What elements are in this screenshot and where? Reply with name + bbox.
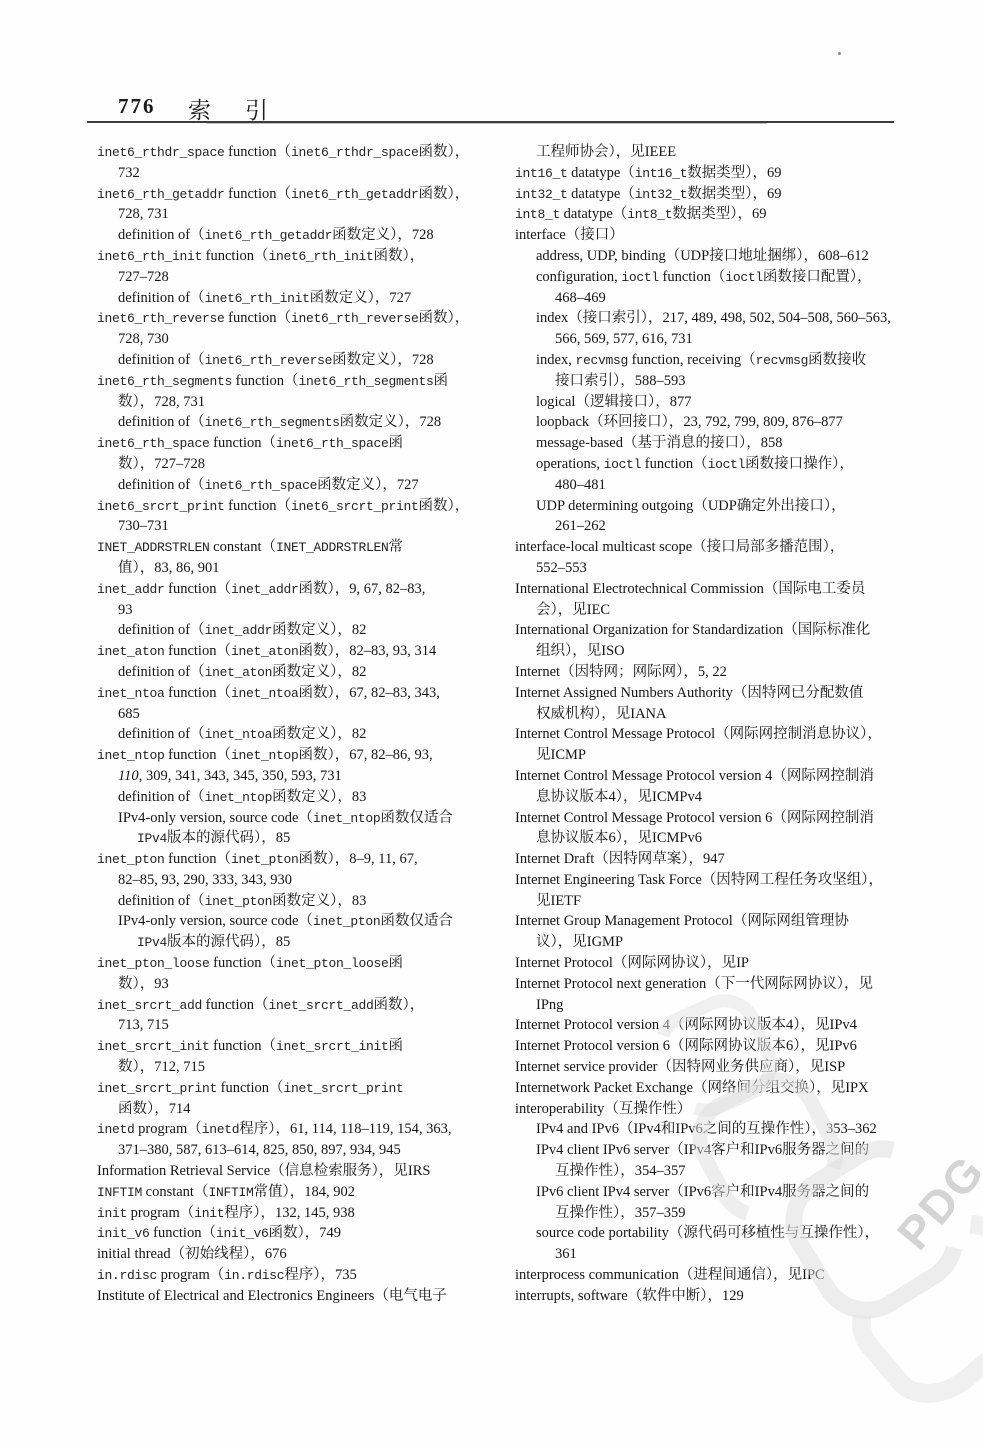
index-line: 728, 730 xyxy=(97,329,502,350)
code-identifier: init xyxy=(194,1206,224,1221)
entry-text: 息协议版本4），见ICMPv4 xyxy=(536,789,702,805)
entry-text: operations, xyxy=(536,456,604,472)
code-identifier: init xyxy=(97,1206,127,1221)
entry-text: Internet Protocol（网际网协议），见IP xyxy=(515,955,749,971)
code-identifier: inet_ntop xyxy=(231,748,299,763)
index-line: inet_aton function（inet_aton函数），82–83, 9… xyxy=(97,641,502,662)
entry-text: source code portability（源代码可移植性与互操作性）， xyxy=(536,1225,879,1241)
entry-text: IPng xyxy=(536,997,563,1013)
entry-text: 接口索引），588–593 xyxy=(555,373,686,389)
entry-text: 函 xyxy=(434,373,449,389)
entry-text: definition of（ xyxy=(118,893,205,909)
entry-text: datatype（ xyxy=(560,206,627,222)
entry-text: International Electrotechnical Commissio… xyxy=(515,581,865,597)
index-line: logical（逻辑接口），877 xyxy=(515,392,935,413)
entry-text: 361 xyxy=(555,1246,577,1262)
entry-text: 版本的源代码），85 xyxy=(167,934,290,950)
entry-text: interface-local multicast scope（接口局部多播范围… xyxy=(515,539,844,555)
entry-text: function（ xyxy=(225,186,291,202)
index-line: Internet Control Message Protocol versio… xyxy=(515,766,935,787)
entry-text: 函数），67, 82–86, 93, xyxy=(298,747,432,763)
entry-text: function（ xyxy=(210,435,276,451)
entry-text: 会），见IEC xyxy=(536,602,610,618)
entry-text: Internet Protocol version 4（网际网协议版本4），见I… xyxy=(515,1017,857,1033)
code-identifier: inet6_srcrt_print xyxy=(291,499,419,514)
entry-text: interoperability（互操作性） xyxy=(515,1101,691,1117)
index-line: interoperability（互操作性） xyxy=(515,1099,935,1120)
index-line: IPv4-only version, source code（inet_pton… xyxy=(97,911,502,932)
index-left-column: inet6_rthdr_space function（inet6_rthdr_s… xyxy=(97,142,502,1307)
index-line: 互操作性），357–359 xyxy=(515,1203,935,1224)
code-identifier: inet6_rth_segments xyxy=(298,374,433,389)
code-identifier: inet_pton xyxy=(97,852,165,867)
index-line: definition of（inet6_rth_getaddr函数定义），728 xyxy=(97,225,502,246)
code-identifier: init_v6 xyxy=(97,1226,150,1241)
scan-speck xyxy=(838,52,841,55)
index-right-column: 工程师协会），见IEEEint16_t datatype（int16_t数据类型… xyxy=(515,142,935,1307)
entry-text: Information Retrieval Service（信息检索服务），见I… xyxy=(97,1163,430,1179)
index-line: 566, 569, 577, 616, 731 xyxy=(515,329,935,350)
index-line: 727–728 xyxy=(97,267,502,288)
entry-text: 函数接口操作）， xyxy=(745,456,854,472)
code-identifier: int8_t xyxy=(627,207,672,222)
code-identifier: IPv4 xyxy=(137,831,167,846)
index-line: 息协议版本4），见ICMPv4 xyxy=(515,787,935,808)
code-identifier: inetd xyxy=(97,1122,135,1137)
index-line: definition of（inet6_rth_segments函数定义），72… xyxy=(97,412,502,433)
entry-text: 数），712, 715 xyxy=(118,1059,205,1075)
entry-text: Internet（因特网；网际网），5, 22 xyxy=(515,664,727,680)
entry-text: 371–380, 587, 613–614, 825, 850, 897, 93… xyxy=(118,1142,401,1158)
index-line: index（接口索引），217, 489, 498, 502, 504–508,… xyxy=(515,308,935,329)
code-identifier: inet_srcrt_print xyxy=(283,1081,403,1096)
entry-text: 互操作性），354–357 xyxy=(555,1163,686,1179)
index-line: inet6_rthdr_space function（inet6_rthdr_s… xyxy=(97,142,502,163)
entry-text: Internet Assigned Numbers Authority（因特网已… xyxy=(515,685,863,701)
code-identifier: inet_aton xyxy=(97,644,165,659)
entry-text: datatype（ xyxy=(568,165,635,181)
entry-text: function（ xyxy=(659,269,725,285)
code-identifier: inet6_rth_space xyxy=(205,478,318,493)
entry-text: function（ xyxy=(202,997,268,1013)
code-identifier: inet6_rth_getaddr xyxy=(205,228,333,243)
entry-text: 261–262 xyxy=(555,518,606,534)
entry-text: Institute of Electrical and Electronics … xyxy=(97,1288,447,1304)
index-line: inet6_rth_reverse function（inet6_rth_rev… xyxy=(97,308,502,329)
index-line: inet6_rth_init function（inet6_rth_init函数… xyxy=(97,246,502,267)
index-line: configuration, ioctl function（ioctl函数接口配… xyxy=(515,267,935,288)
entry-text: IPv4-only version, source code（ xyxy=(118,913,313,929)
entry-text: 程序），735 xyxy=(284,1267,357,1283)
entry-text: initial thread（初始线程），676 xyxy=(97,1246,287,1262)
code-identifier: INET_ADDRSTRLEN xyxy=(276,540,389,555)
entry-text: 713, 715 xyxy=(118,1017,169,1033)
code-identifier: init_v6 xyxy=(216,1226,269,1241)
code-identifier: inet_addr xyxy=(97,582,165,597)
code-identifier: in.rdisc xyxy=(97,1268,157,1283)
entry-text: 见IETF xyxy=(536,893,581,909)
index-line: definition of（inet6_rth_init函数定义），727 xyxy=(97,288,502,309)
code-identifier: inet6_rth_init xyxy=(97,249,202,264)
entry-text: 程序），61, 114, 118–119, 154, 363, xyxy=(239,1121,451,1137)
entry-text: definition of（ xyxy=(118,789,205,805)
code-identifier: int32_t xyxy=(635,187,688,202)
entry-text: Internet Protocol next generation（下一代网际网… xyxy=(515,976,873,992)
entry-text: IPv4-only version, source code（ xyxy=(118,810,313,826)
index-line: Internet service provider（因特网业务供应商），见ISP xyxy=(515,1057,935,1078)
index-line: 数），93 xyxy=(97,974,502,995)
index-line: IPv4 and IPv6（IPv4和IPv6之间的互操作性），353–362 xyxy=(515,1119,935,1140)
entry-text: program（ xyxy=(127,1205,194,1221)
entry-text: 732 xyxy=(118,165,140,181)
code-identifier: inet_pton xyxy=(313,914,381,929)
index-line: 互操作性），354–357 xyxy=(515,1161,935,1182)
entry-text: configuration, xyxy=(536,269,621,285)
code-identifier: inet_srcrt_init xyxy=(97,1039,210,1054)
entry-text: 函数），67, 82–83, 343, xyxy=(298,685,439,701)
index-line: Internet（因特网；网际网），5, 22 xyxy=(515,662,935,683)
index-line: Information Retrieval Service（信息检索服务），见I… xyxy=(97,1161,502,1182)
index-line: 728, 731 xyxy=(97,204,502,225)
entry-text: 组织），见ISO xyxy=(536,643,625,659)
code-identifier: ioctl xyxy=(621,270,659,285)
index-line: inet_pton function（inet_pton函数），8–9, 11,… xyxy=(97,849,502,870)
index-line: interprocess communication（进程间通信），见IPC xyxy=(515,1265,935,1286)
page-number: 776 xyxy=(118,94,156,119)
entry-text: 函数），82–83, 93, 314 xyxy=(298,643,436,659)
entry-text: 函数），9, 67, 82–83, xyxy=(298,581,425,597)
code-identifier: int32_t xyxy=(515,187,568,202)
index-line: 数），727–728 xyxy=(97,454,502,475)
entry-text: interrupts, software（软件中断），129 xyxy=(515,1288,744,1304)
entry-text: Internet service provider（因特网业务供应商），见ISP xyxy=(515,1059,845,1075)
index-line: International Electrotechnical Commissio… xyxy=(515,579,935,600)
entry-text: 函 xyxy=(389,955,404,971)
index-line: inet6_rth_segments function（inet6_rth_se… xyxy=(97,371,502,392)
entry-text: 82–85, 93, 290, 333, 343, 930 xyxy=(118,872,292,888)
entry-text: 函数接收 xyxy=(808,352,866,368)
entry-text: program（ xyxy=(157,1267,224,1283)
entry-text: definition of（ xyxy=(118,477,205,493)
index-line: 见ICMP xyxy=(515,745,935,766)
code-identifier: inet_aton xyxy=(205,665,273,680)
entry-text: loopback（环回接口），23, 792, 799, 809, 876–87… xyxy=(536,414,843,430)
entry-text: 常 xyxy=(389,539,404,555)
entry-text: program（ xyxy=(135,1121,202,1137)
entry-text: 数），728, 731 xyxy=(118,394,205,410)
index-line: message-based（基于消息的接口），858 xyxy=(515,433,935,454)
code-identifier: int16_t xyxy=(515,166,568,181)
code-identifier: inet_ntoa xyxy=(205,727,273,742)
page-number-italic: 110 xyxy=(118,768,139,784)
book-page: 776 索引 inet6_rthdr_space function（inet6_… xyxy=(0,0,983,1447)
code-identifier: inetd xyxy=(202,1122,240,1137)
entry-text: 数），93 xyxy=(118,976,169,992)
entry-text: definition of（ xyxy=(118,352,205,368)
code-identifier: in.rdisc xyxy=(224,1268,284,1283)
code-identifier: inet_ntop xyxy=(205,790,273,805)
entry-text: message-based（基于消息的接口），858 xyxy=(536,435,782,451)
entry-text: function（ xyxy=(217,1080,283,1096)
code-identifier: inet6_rth_init xyxy=(205,291,310,306)
entry-text: 函数定义），727 xyxy=(317,477,419,493)
entry-text: function（ xyxy=(165,685,231,701)
code-identifier: IPv4 xyxy=(137,935,167,950)
code-identifier: inet_ntop xyxy=(313,811,381,826)
entry-text: 468–469 xyxy=(555,290,606,306)
code-identifier: inet6_rth_getaddr xyxy=(97,187,225,202)
entry-text: IPv4 client IPv6 server（IPv4客户和IPv6服务器之间… xyxy=(536,1142,869,1158)
code-identifier: inet_pton_loose xyxy=(97,956,210,971)
index-line: 接口索引），588–593 xyxy=(515,371,935,392)
entry-text: Internet Control Message Protocol versio… xyxy=(515,768,874,784)
code-identifier: inet_pton_loose xyxy=(276,956,389,971)
index-line: 息协议版本6），见ICMPv6 xyxy=(515,828,935,849)
index-line: inet_ntop function（inet_ntop函数），67, 82–8… xyxy=(97,745,502,766)
code-identifier: inet_srcrt_add xyxy=(97,998,202,1013)
index-line: IPv4-only version, source code（inet_ntop… xyxy=(97,808,502,829)
entry-text: , 309, 341, 343, 345, 350, 593, 731 xyxy=(139,768,342,784)
index-line: 110, 309, 341, 343, 345, 350, 593, 731 xyxy=(97,766,502,787)
entry-text: 480–481 xyxy=(555,477,606,493)
index-line: int8_t datatype（int8_t数据类型），69 xyxy=(515,204,935,225)
entry-text: 函数接口配置）， xyxy=(763,269,872,285)
entry-text: Internet Draft（因特网草案），947 xyxy=(515,851,725,867)
entry-text: 函数定义），82 xyxy=(272,664,366,680)
entry-text: 数据类型），69 xyxy=(687,186,781,202)
code-identifier: inet_srcrt_add xyxy=(268,998,373,1013)
index-line: definition of（inet_addr函数定义），82 xyxy=(97,620,502,641)
entry-text: 互操作性），357–359 xyxy=(555,1205,686,1221)
entry-text: 函数），714 xyxy=(118,1101,191,1117)
index-line: 议），见IGMP xyxy=(515,932,935,953)
code-identifier: inet6_rthdr_space xyxy=(97,145,225,160)
entry-text: 函数）， xyxy=(419,498,470,514)
code-identifier: inet6_rthdr_space xyxy=(291,145,419,160)
code-identifier: inet_addr xyxy=(205,623,273,638)
entry-text: 工程师协会），见IEEE xyxy=(536,144,676,160)
entry-text: function（ xyxy=(225,310,291,326)
code-identifier: inet6_rth_segments xyxy=(97,374,232,389)
entry-text: function（ xyxy=(165,851,231,867)
entry-text: 函数定义），728 xyxy=(332,227,434,243)
entry-text: 息协议版本6），见ICMPv6 xyxy=(536,830,702,846)
entry-text: 728, 731 xyxy=(118,206,169,222)
index-line: 函数），714 xyxy=(97,1099,502,1120)
code-identifier: inet_pton xyxy=(205,894,273,909)
index-line: inet_addr function（inet_addr函数），9, 67, 8… xyxy=(97,579,502,600)
entry-text: 566, 569, 577, 616, 731 xyxy=(555,331,693,347)
index-line: Internet Protocol next generation（下一代网际网… xyxy=(515,974,935,995)
code-identifier: inet_pton xyxy=(231,852,299,867)
entry-text: 常值），184, 902 xyxy=(253,1184,355,1200)
code-identifier: int8_t xyxy=(515,207,560,222)
entry-text: 数据类型），69 xyxy=(687,165,781,181)
code-identifier: inet_srcrt_print xyxy=(97,1081,217,1096)
index-line: 数），728, 731 xyxy=(97,392,502,413)
entry-text: interprocess communication（进程间通信），见IPC xyxy=(515,1267,825,1283)
index-line: index, recvmsg function, receiving（recvm… xyxy=(515,350,935,371)
code-identifier: inet6_rth_reverse xyxy=(205,353,333,368)
index-line: interface-local multicast scope（接口局部多播范围… xyxy=(515,537,935,558)
index-line: init program（init程序），132, 145, 938 xyxy=(97,1203,502,1224)
entry-text: index（接口索引），217, 489, 498, 502, 504–508,… xyxy=(536,310,891,326)
entry-text: 685 xyxy=(118,706,140,722)
index-line: int32_t datatype（int32_t数据类型），69 xyxy=(515,184,935,205)
code-identifier: INFTIM xyxy=(97,1185,142,1200)
entry-text: function（ xyxy=(150,1225,216,1241)
header-rule xyxy=(87,121,894,123)
index-line: 468–469 xyxy=(515,288,935,309)
entry-text: index, xyxy=(536,352,575,368)
index-line: 权威机构），见IANA xyxy=(515,704,935,725)
code-identifier: inet6_rth_space xyxy=(97,436,210,451)
entry-text: function（ xyxy=(232,373,298,389)
index-line: definition of（inet6_rth_reverse函数定义），728 xyxy=(97,350,502,371)
entry-text: 函数）， xyxy=(374,997,425,1013)
entry-text: Internet Control Message Protocol（网际网控制消… xyxy=(515,726,882,742)
index-line: 值），83, 86, 901 xyxy=(97,558,502,579)
entry-text: 议），见IGMP xyxy=(536,934,623,950)
code-identifier: inet_aton xyxy=(231,644,299,659)
code-identifier: ioctl xyxy=(725,270,763,285)
entry-text: Internet Engineering Task Force（因特网工程任务攻… xyxy=(515,872,883,888)
entry-text: 值），83, 86, 901 xyxy=(118,560,220,576)
index-line: 工程师协会），见IEEE xyxy=(515,142,935,163)
code-identifier: INET_ADDRSTRLEN xyxy=(97,540,210,555)
entry-text: 函数）， xyxy=(419,144,470,160)
entry-text: Internet Group Management Protocol（网际网组管… xyxy=(515,913,849,929)
index-line: Internet Control Message Protocol（网际网控制消… xyxy=(515,724,935,745)
code-identifier: inet_ntoa xyxy=(97,686,165,701)
entry-text: 程序），132, 145, 938 xyxy=(224,1205,355,1221)
entry-text: 函 xyxy=(389,1038,404,1054)
page-header: 776 索引 xyxy=(0,94,983,124)
index-line: definition of（inet_ntop函数定义），83 xyxy=(97,787,502,808)
entry-text: address, UDP, binding（UDP接口地址捆绑），608–612 xyxy=(536,248,869,264)
index-line: 730–731 xyxy=(97,516,502,537)
entry-text: definition of（ xyxy=(118,290,205,306)
index-line: IPng xyxy=(515,995,935,1016)
index-line: initial thread（初始线程），676 xyxy=(97,1244,502,1265)
code-identifier: ioctl xyxy=(604,457,642,472)
index-line: definition of（inet_aton函数定义），82 xyxy=(97,662,502,683)
index-line: inet_srcrt_add function（inet_srcrt_add函数… xyxy=(97,995,502,1016)
entry-text: International Organization for Standardi… xyxy=(515,622,870,638)
entry-text: function, receiving（ xyxy=(628,352,756,368)
entry-text: Internet Control Message Protocol versio… xyxy=(515,810,874,826)
index-line: IPv4版本的源代码），85 xyxy=(97,828,502,849)
entry-text: 见ICMP xyxy=(536,747,586,763)
entry-text: Internet Protocol version 6（网际网协议版本6），见I… xyxy=(515,1038,857,1054)
entry-text: definition of（ xyxy=(118,664,205,680)
entry-text: function（ xyxy=(210,1038,276,1054)
entry-text: 727–728 xyxy=(118,269,169,285)
index-line: inetd program（inetd程序），61, 114, 118–119,… xyxy=(97,1119,502,1140)
entry-text: constant（ xyxy=(210,539,276,555)
entry-text: 数据类型），69 xyxy=(672,206,766,222)
index-line: Internet Protocol（网际网协议），见IP xyxy=(515,953,935,974)
code-identifier: inet6_rth_reverse xyxy=(97,311,225,326)
entry-text: 93 xyxy=(118,602,133,618)
index-line: 361 xyxy=(515,1244,935,1265)
index-line: init_v6 function（init_v6函数），749 xyxy=(97,1223,502,1244)
index-line: IPv6 client IPv4 server（IPv6客户和IPv4服务器之间… xyxy=(515,1182,935,1203)
index-line: definition of（inet_ntoa函数定义），82 xyxy=(97,724,502,745)
code-identifier: inet6_rth_init xyxy=(268,249,373,264)
index-line: interrupts, software（软件中断），129 xyxy=(515,1286,935,1307)
index-line: inet6_rth_getaddr function（inet6_rth_get… xyxy=(97,184,502,205)
entry-text: function（ xyxy=(165,581,231,597)
entry-text: 函数）， xyxy=(419,310,470,326)
entry-text: definition of（ xyxy=(118,726,205,742)
index-line: 组织），见ISO xyxy=(515,641,935,662)
index-line: inet_srcrt_init function（inet_srcrt_init… xyxy=(97,1036,502,1057)
index-line: inet_srcrt_print function（inet_srcrt_pri… xyxy=(97,1078,502,1099)
entry-text: 函 xyxy=(389,435,404,451)
index-line: 261–262 xyxy=(515,516,935,537)
index-line: address, UDP, binding（UDP接口地址捆绑），608–612 xyxy=(515,246,935,267)
entry-text: 函数），749 xyxy=(268,1225,341,1241)
index-line: 371–380, 587, 613–614, 825, 850, 897, 93… xyxy=(97,1140,502,1161)
entry-text: 730–731 xyxy=(118,518,169,534)
index-line: Institute of Electrical and Electronics … xyxy=(97,1286,502,1307)
entry-text: 函数定义），728 xyxy=(340,414,442,430)
entry-text: 函数）， xyxy=(374,248,425,264)
code-identifier: inet_ntop xyxy=(97,748,165,763)
index-line: Internet Group Management Protocol（网际网组管… xyxy=(515,911,935,932)
code-identifier: inet_srcrt_init xyxy=(276,1039,389,1054)
entry-text: definition of（ xyxy=(118,227,205,243)
index-line: UDP determining outgoing（UDP确定外出接口）， xyxy=(515,496,935,517)
entry-text: 函数仅适合 xyxy=(380,913,453,929)
index-line: INFTIM constant（INFTIM常值），184, 902 xyxy=(97,1182,502,1203)
entry-text: UDP determining outgoing（UDP确定外出接口）， xyxy=(536,498,846,514)
entry-text: 函数定义），83 xyxy=(272,893,366,909)
index-line: inet6_srcrt_print function（inet6_srcrt_p… xyxy=(97,496,502,517)
entry-text: IPv4 and IPv6（IPv4和IPv6之间的互操作性），353–362 xyxy=(536,1121,877,1137)
index-line: 685 xyxy=(97,704,502,725)
entry-text: datatype（ xyxy=(568,186,635,202)
entry-text: definition of（ xyxy=(118,622,205,638)
entry-text: 函数），8–9, 11, 67, xyxy=(298,851,417,867)
entry-text: 函数定义），83 xyxy=(272,789,366,805)
entry-text: 版本的源代码），85 xyxy=(167,830,290,846)
entry-text: 函数定义），82 xyxy=(272,726,366,742)
code-identifier: ioctl xyxy=(708,457,746,472)
index-line: 480–481 xyxy=(515,475,935,496)
entry-text: function（ xyxy=(165,643,231,659)
code-identifier: inet6_rth_getaddr xyxy=(291,187,419,202)
entry-text: 函数定义），728 xyxy=(332,352,434,368)
index-line: inet_ntoa function（inet_ntoa函数），67, 82–8… xyxy=(97,683,502,704)
index-line: 82–85, 93, 290, 333, 343, 930 xyxy=(97,870,502,891)
entry-text: function（ xyxy=(641,456,707,472)
entry-text: function（ xyxy=(210,955,276,971)
entry-text: 函数）， xyxy=(419,186,470,202)
entry-text: 数），727–728 xyxy=(118,456,205,472)
entry-text: 函数定义），82 xyxy=(272,622,366,638)
code-identifier: recvmsg xyxy=(756,353,809,368)
index-line: INET_ADDRSTRLEN constant（INET_ADDRSTRLEN… xyxy=(97,537,502,558)
code-identifier: inet6_rth_space xyxy=(276,436,389,451)
entry-text: 函数仅适合 xyxy=(380,810,453,826)
index-line: definition of（inet_pton函数定义），83 xyxy=(97,891,502,912)
index-line: 93 xyxy=(97,600,502,621)
index-line: 732 xyxy=(97,163,502,184)
index-line: int16_t datatype（int16_t数据类型），69 xyxy=(515,163,935,184)
index-line: 见IETF xyxy=(515,891,935,912)
